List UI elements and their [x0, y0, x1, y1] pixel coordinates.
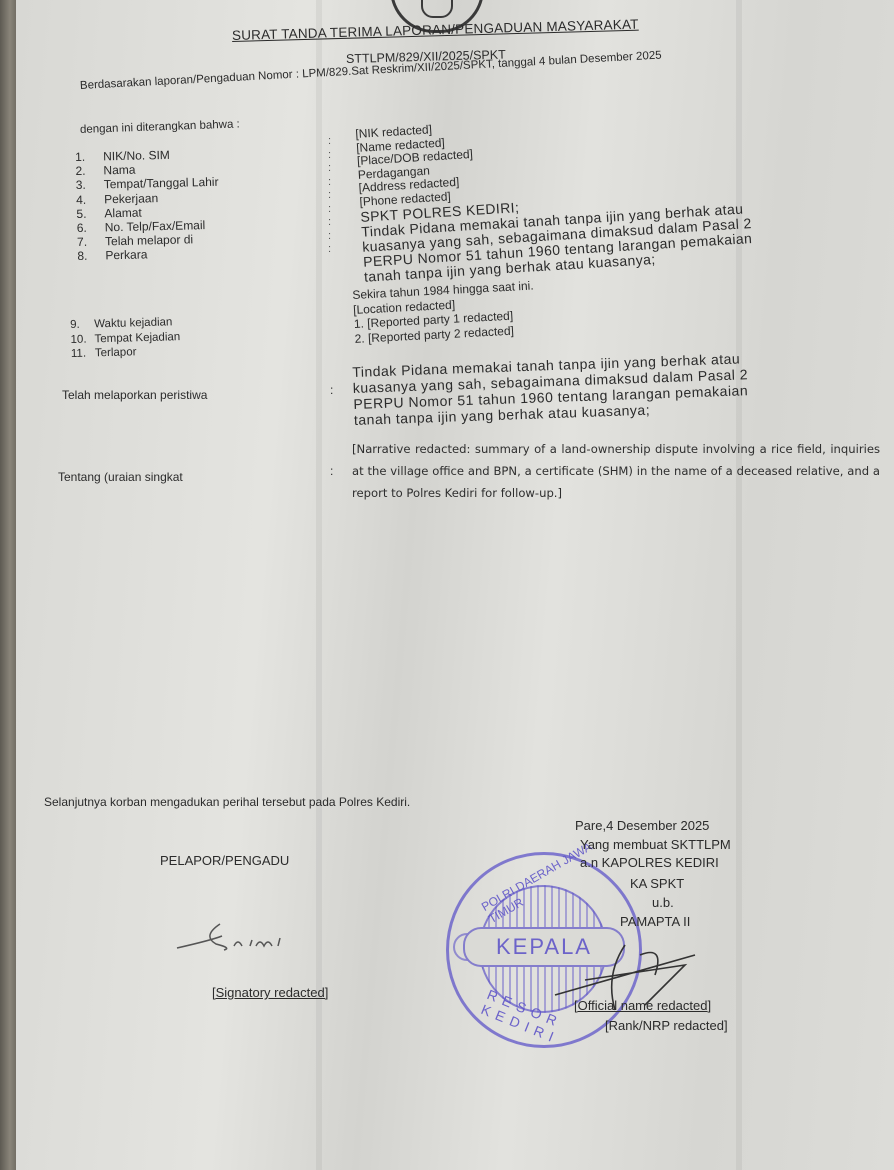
signature-ub: u.b. [652, 895, 674, 910]
signature-on-behalf: a.n KAPOLRES KEDIRI [580, 855, 719, 870]
signature-position: PAMAPTA II [620, 914, 690, 929]
signature-unit: KA SPKT [630, 876, 684, 891]
field-label-row: 10.Tempat Kejadian [70, 330, 180, 347]
official-rank-nrp: [Rank/NRP redacted] [605, 1018, 728, 1033]
incident-values: Sekira tahun 1984 hingga saat ini. [Loca… [352, 279, 536, 346]
complainant-name: [Signatory redacted] [212, 985, 328, 1000]
event-label: Telah melaporkan peristiwa [62, 388, 207, 402]
summary-separator: : [330, 464, 333, 478]
signature-place-date: Pare,4 Desember 2025 [575, 818, 709, 833]
event-separator: : [330, 383, 333, 397]
signature-made-by: Yang membuat SKTTLPM [580, 837, 731, 852]
field-values: [NIK redacted] [Name redacted] [Place/DO… [355, 104, 754, 284]
official-name: [Official name redacted] [574, 998, 711, 1013]
closing-statement: Selanjutnya korban mengadukan perihal te… [44, 795, 410, 809]
field-labels: 1.NIK/No. SIM 2.Nama 3.Tempat/Tanggal La… [75, 147, 220, 264]
summary-label: Tentang (uraian singkat [58, 470, 183, 484]
complainant-signature-icon [172, 918, 302, 958]
complainant-heading: PELAPOR/PENGADU [160, 853, 289, 868]
incident-labels: 9.Waktu kejadian 10.Tempat Kejadian 11.T… [70, 315, 181, 361]
field-label-row: 11.Terlapor [71, 344, 181, 361]
field-separators: ::::::::: [328, 135, 331, 257]
summary-narrative: [Narrative redacted: summary of a land-o… [352, 438, 880, 504]
